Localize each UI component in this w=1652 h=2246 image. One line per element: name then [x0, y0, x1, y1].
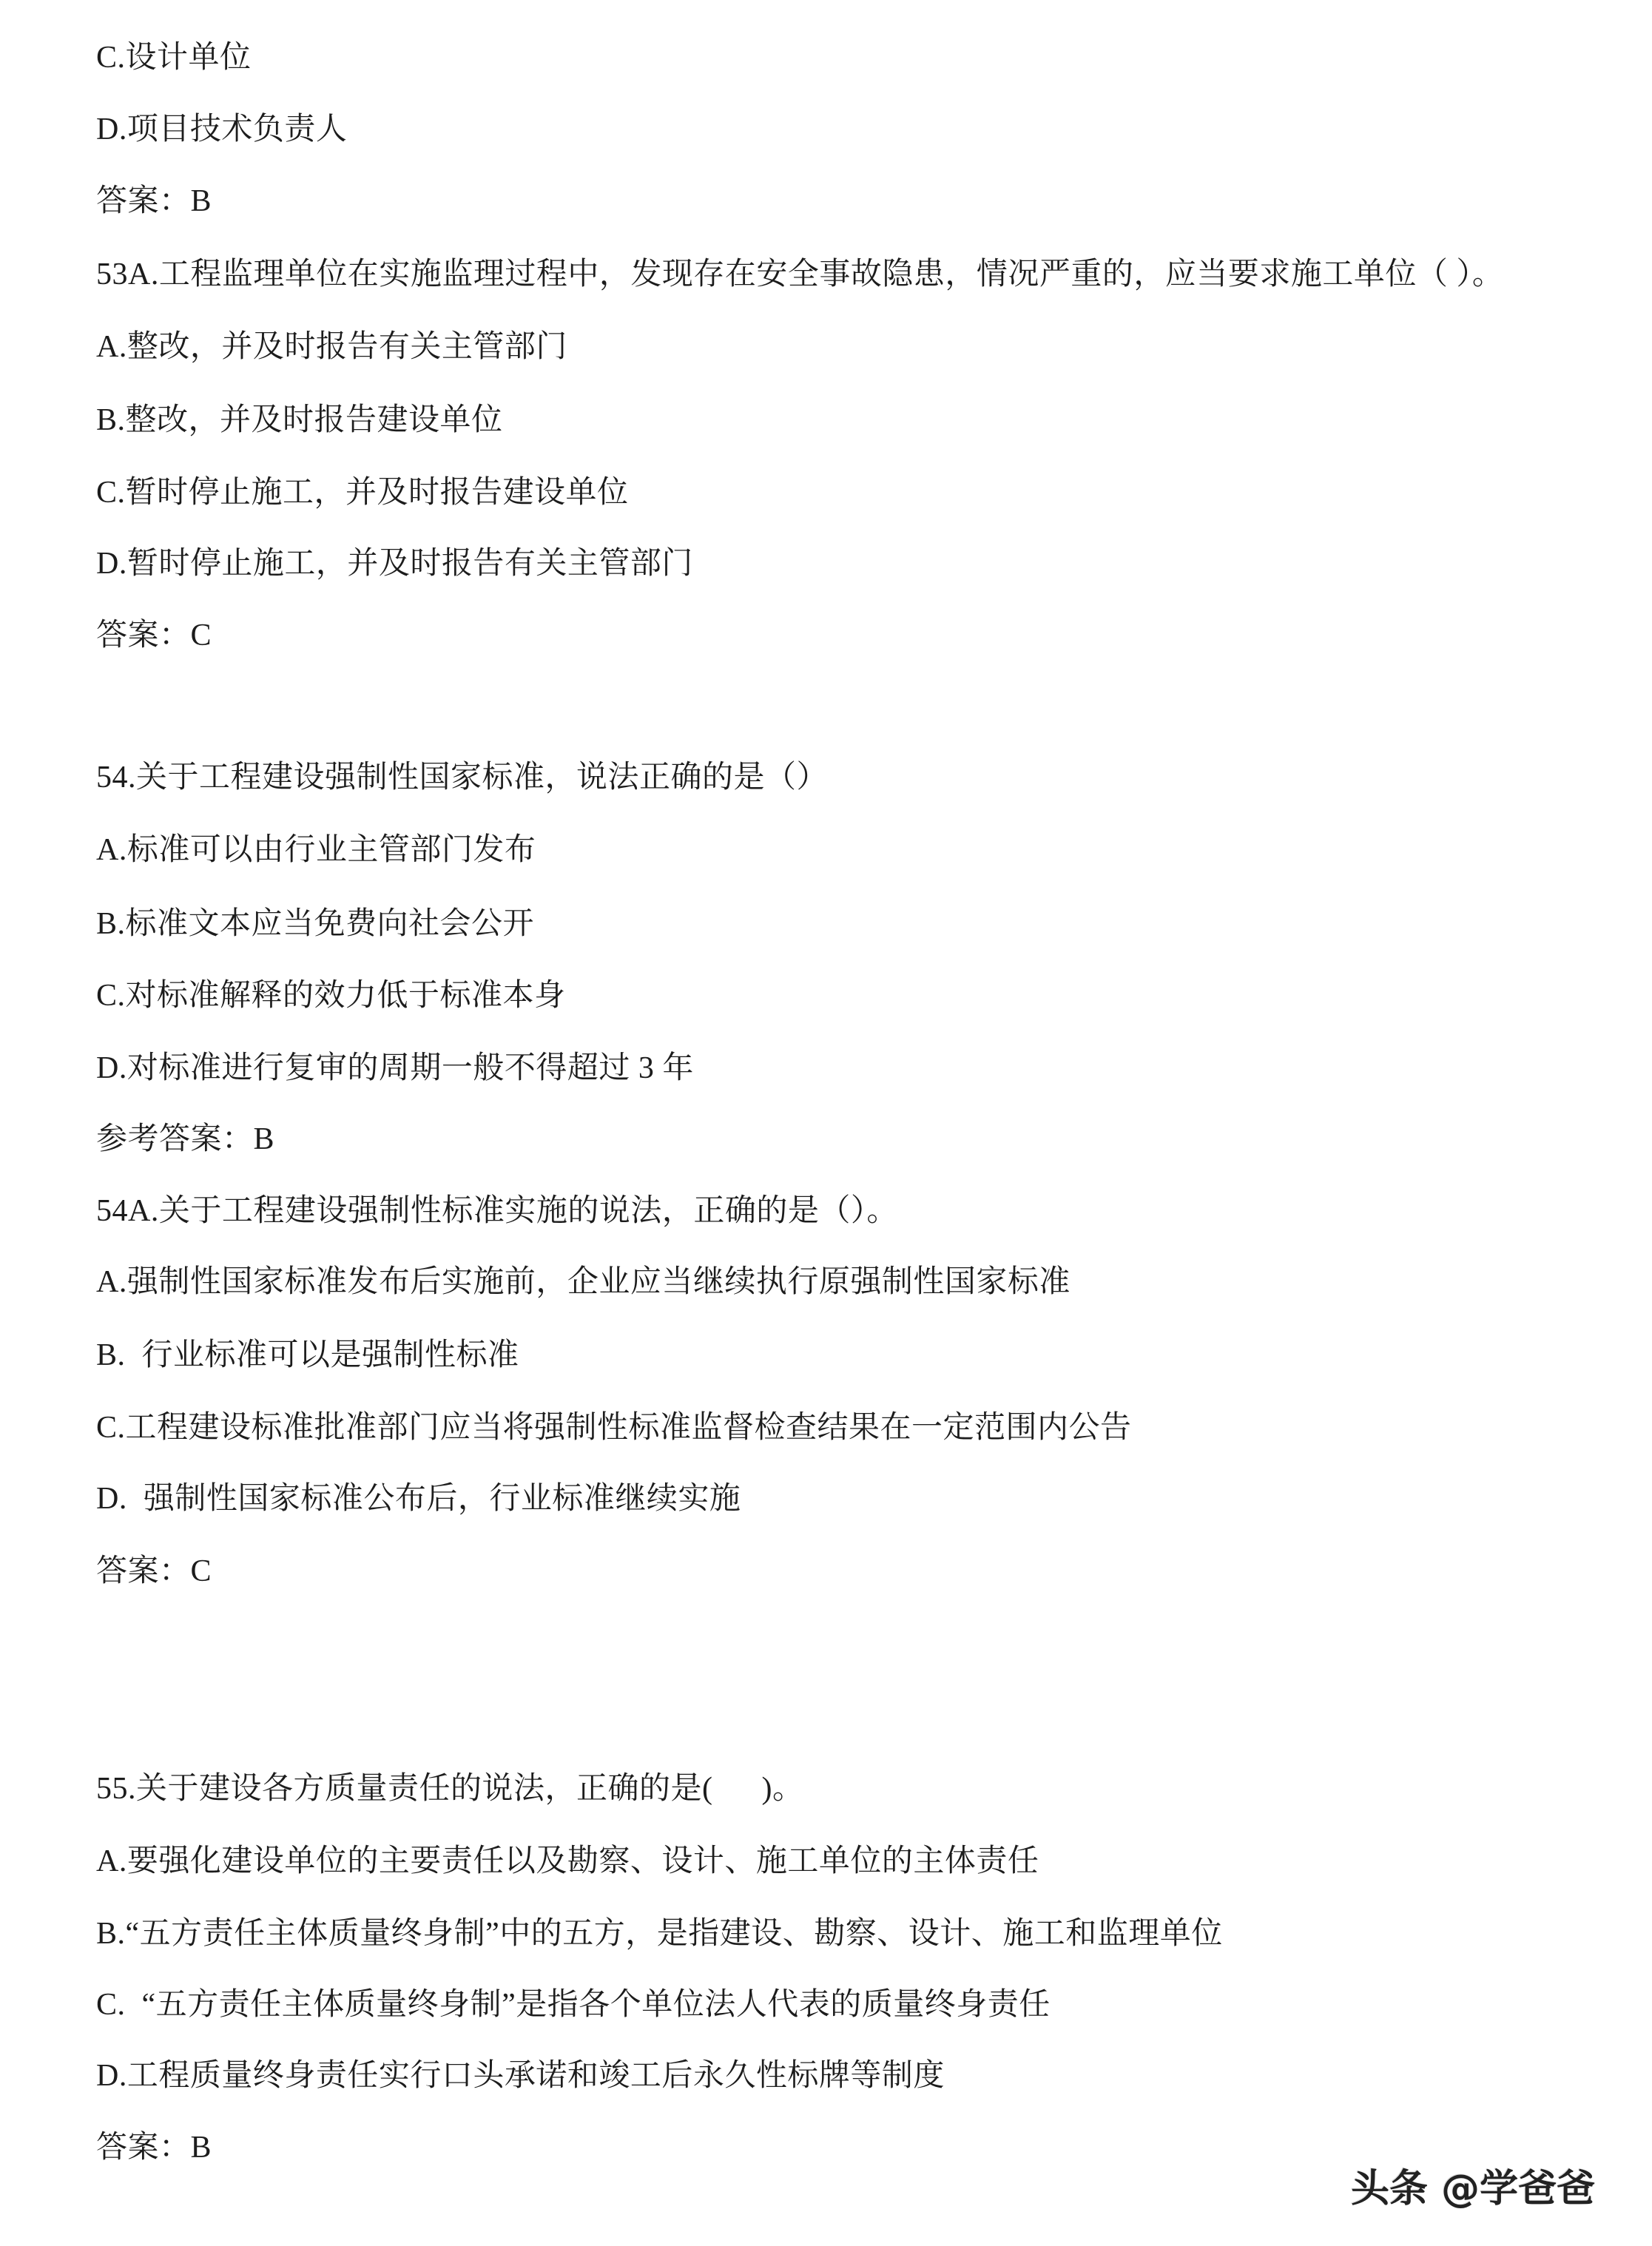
- q54-option-b: B.标准文本应当免费向社会公开: [96, 905, 534, 943]
- q54a-question: 54A.关于工程建设强制性标准实施的说法，正确的是（）。: [96, 1192, 898, 1230]
- q55-option-a: A.要强化建设单位的主要责任以及勘察、设计、施工单位的主体责任: [96, 1842, 1039, 1881]
- q54-option-d: D.对标准进行复审的周期一般不得超过 3 年: [96, 1049, 694, 1087]
- q54a-option-b: B. 行业标准可以是强制性标准: [96, 1336, 519, 1375]
- q53a-option-d: D.暂时停止施工，并及时报告有关主管部门: [96, 544, 693, 583]
- q52-answer: 答案：B: [96, 182, 212, 220]
- q53a-answer: 答案：C: [96, 616, 212, 655]
- q55-option-d: D.工程质量终身责任实行口头承诺和竣工后永久性标牌等制度: [96, 2057, 945, 2095]
- q54-question: 54.关于工程建设强制性国家标准，说法正确的是（）: [96, 758, 828, 797]
- q53a-option-b: B.整改，并及时报告建设单位: [96, 401, 503, 439]
- q55-option-b: B.“五方责任主体质量终身制”中的五方，是指建设、勘察、设计、施工和监理单位: [96, 1915, 1223, 1953]
- q54a-answer: 答案：C: [96, 1552, 212, 1591]
- q53a-option-c: C.暂时停止施工，并及时报告建设单位: [96, 473, 629, 512]
- source-watermark: 头条 @学爸爸: [1351, 2163, 1595, 2215]
- q55-option-c: C. “五方责任主体质量终身制”是指各个单位法人代表的质量终身责任: [96, 1986, 1051, 2024]
- q54a-option-c: C.工程建设标准批准部门应当将强制性标准监督检查结果在一定范围内公告: [96, 1409, 1132, 1447]
- q54-option-c: C.对标准解释的效力低于标准本身: [96, 977, 566, 1015]
- q54a-option-d: D. 强制性国家标准公布后，行业标准继续实施: [96, 1480, 741, 1518]
- q52-option-d: D.项目技术负责人: [96, 110, 347, 149]
- q54a-option-a: A.强制性国家标准发布后实施前，企业应当继续执行原强制性国家标准: [96, 1263, 1071, 1301]
- q53a-option-a: A.整改，并及时报告有关主管部门: [96, 328, 567, 366]
- q54-answer: 参考答案：B: [96, 1120, 274, 1159]
- q54-option-a: A.标准可以由行业主管部门发布: [96, 831, 536, 869]
- q55-answer: 答案：B: [96, 2128, 212, 2167]
- q55-question: 55.关于建设各方质量责任的说法，正确的是( )。: [96, 1770, 803, 1808]
- q53a-question: 53A.工程监理单位在实施监理过程中，发现存在安全事故隐患，情况严重的，应当要求…: [96, 255, 1503, 294]
- q52-option-c: C.设计单位: [96, 38, 252, 77]
- document-page: C.设计单位 D.项目技术负责人 答案：B 53A.工程监理单位在实施监理过程中…: [0, 0, 1652, 2246]
